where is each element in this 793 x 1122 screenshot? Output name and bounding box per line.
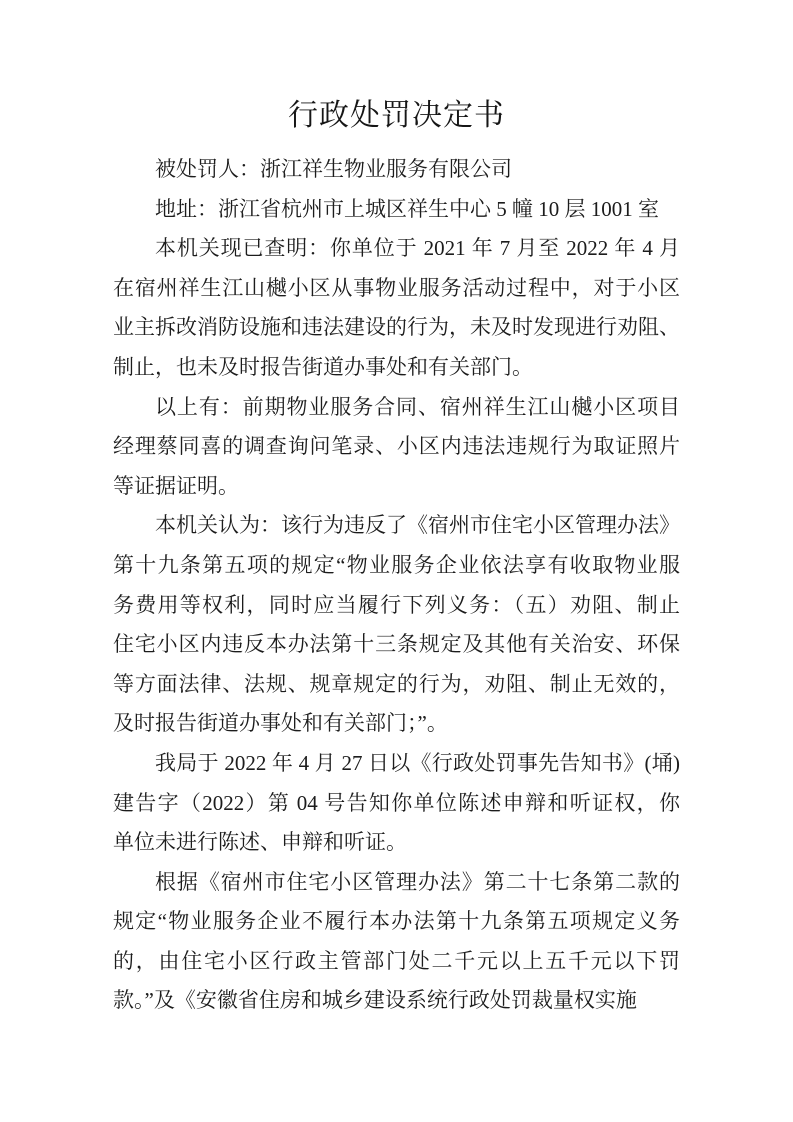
document-line: 业主拆改消防设施和违法建设的行为，未及时发现进行劝阻、 bbox=[113, 308, 680, 348]
paragraph: 我局于 2022 年 4 月 27 日以《行政处罚事先告知书》(埇)建告字（20… bbox=[113, 744, 680, 863]
document-page: 行政处罚决定书 被处罚人：浙江祥生物业服务有限公司地址：浙江省杭州市上城区祥生中… bbox=[0, 0, 793, 1122]
document-line: 住宅小区内违反本办法第十三条规定及其他有关治安、环保 bbox=[113, 625, 680, 665]
paragraph: 本机关现已查明：你单位于 2021 年 7 月至 2022 年 4 月在宿州祥生… bbox=[113, 229, 680, 387]
document-line: 以上有：前期物业服务合同、宿州祥生江山樾小区项目 bbox=[113, 388, 680, 428]
document-line: 经理蔡同喜的调查询问笔录、小区内违法违规行为取证照片 bbox=[113, 427, 680, 467]
document-line: 务费用等权利，同时应当履行下列义务：（五）劝阻、制止 bbox=[113, 586, 680, 626]
document-line: 的，由住宅小区行政主管部门处二千元以上五千元以下罚 bbox=[113, 942, 680, 982]
document-line: 本机关认为：该行为违反了《宿州市住宅小区管理办法》 bbox=[113, 506, 680, 546]
paragraph: 以上有：前期物业服务合同、宿州祥生江山樾小区项目经理蔡同喜的调查询问笔录、小区内… bbox=[113, 388, 680, 507]
paragraph: 地址：浙江省杭州市上城区祥生中心 5 幢 10 层 1001 室 bbox=[113, 190, 680, 230]
document-line: 单位未进行陈述、申辩和听证。 bbox=[113, 823, 680, 863]
document-line: 第十九条第五项的规定“物业服务企业依法享有收取物业服 bbox=[113, 546, 680, 586]
document-line: 款。”及《安徽省住房和城乡建设系统行政处罚裁量权实施 bbox=[113, 981, 680, 1021]
document-line: 等证据证明。 bbox=[113, 467, 680, 507]
document-line: 在宿州祥生江山樾小区从事物业服务活动过程中，对于小区 bbox=[113, 269, 680, 309]
document-line: 制止，也未及时报告街道办事处和有关部门。 bbox=[113, 348, 680, 388]
paragraph: 本机关认为：该行为违反了《宿州市住宅小区管理办法》第十九条第五项的规定“物业服务… bbox=[113, 506, 680, 744]
paragraph: 被处罚人：浙江祥生物业服务有限公司 bbox=[113, 150, 680, 190]
document-title: 行政处罚决定书 bbox=[0, 96, 793, 136]
document-line: 规定“物业服务企业不履行本办法第十九条第五项规定义务 bbox=[113, 902, 680, 942]
document-line: 及时报告街道办事处和有关部门；”。 bbox=[113, 704, 680, 744]
paragraph: 根据《宿州市住宅小区管理办法》第二十七条第二款的规定“物业服务企业不履行本办法第… bbox=[113, 863, 680, 1021]
document-line: 本机关现已查明：你单位于 2021 年 7 月至 2022 年 4 月 bbox=[113, 229, 680, 269]
document-body: 被处罚人：浙江祥生物业服务有限公司地址：浙江省杭州市上城区祥生中心 5 幢 10… bbox=[113, 150, 680, 1021]
document-line: 地址：浙江省杭州市上城区祥生中心 5 幢 10 层 1001 室 bbox=[113, 190, 680, 230]
document-line: 我局于 2022 年 4 月 27 日以《行政处罚事先告知书》(埇) bbox=[113, 744, 680, 784]
document-line: 等方面法律、法规、规章规定的行为，劝阻、制止无效的， bbox=[113, 665, 680, 705]
document-line: 建告字（2022）第 04 号告知你单位陈述申辩和听证权，你 bbox=[113, 784, 680, 824]
document-line: 根据《宿州市住宅小区管理办法》第二十七条第二款的 bbox=[113, 863, 680, 903]
document-line: 被处罚人：浙江祥生物业服务有限公司 bbox=[113, 150, 680, 190]
